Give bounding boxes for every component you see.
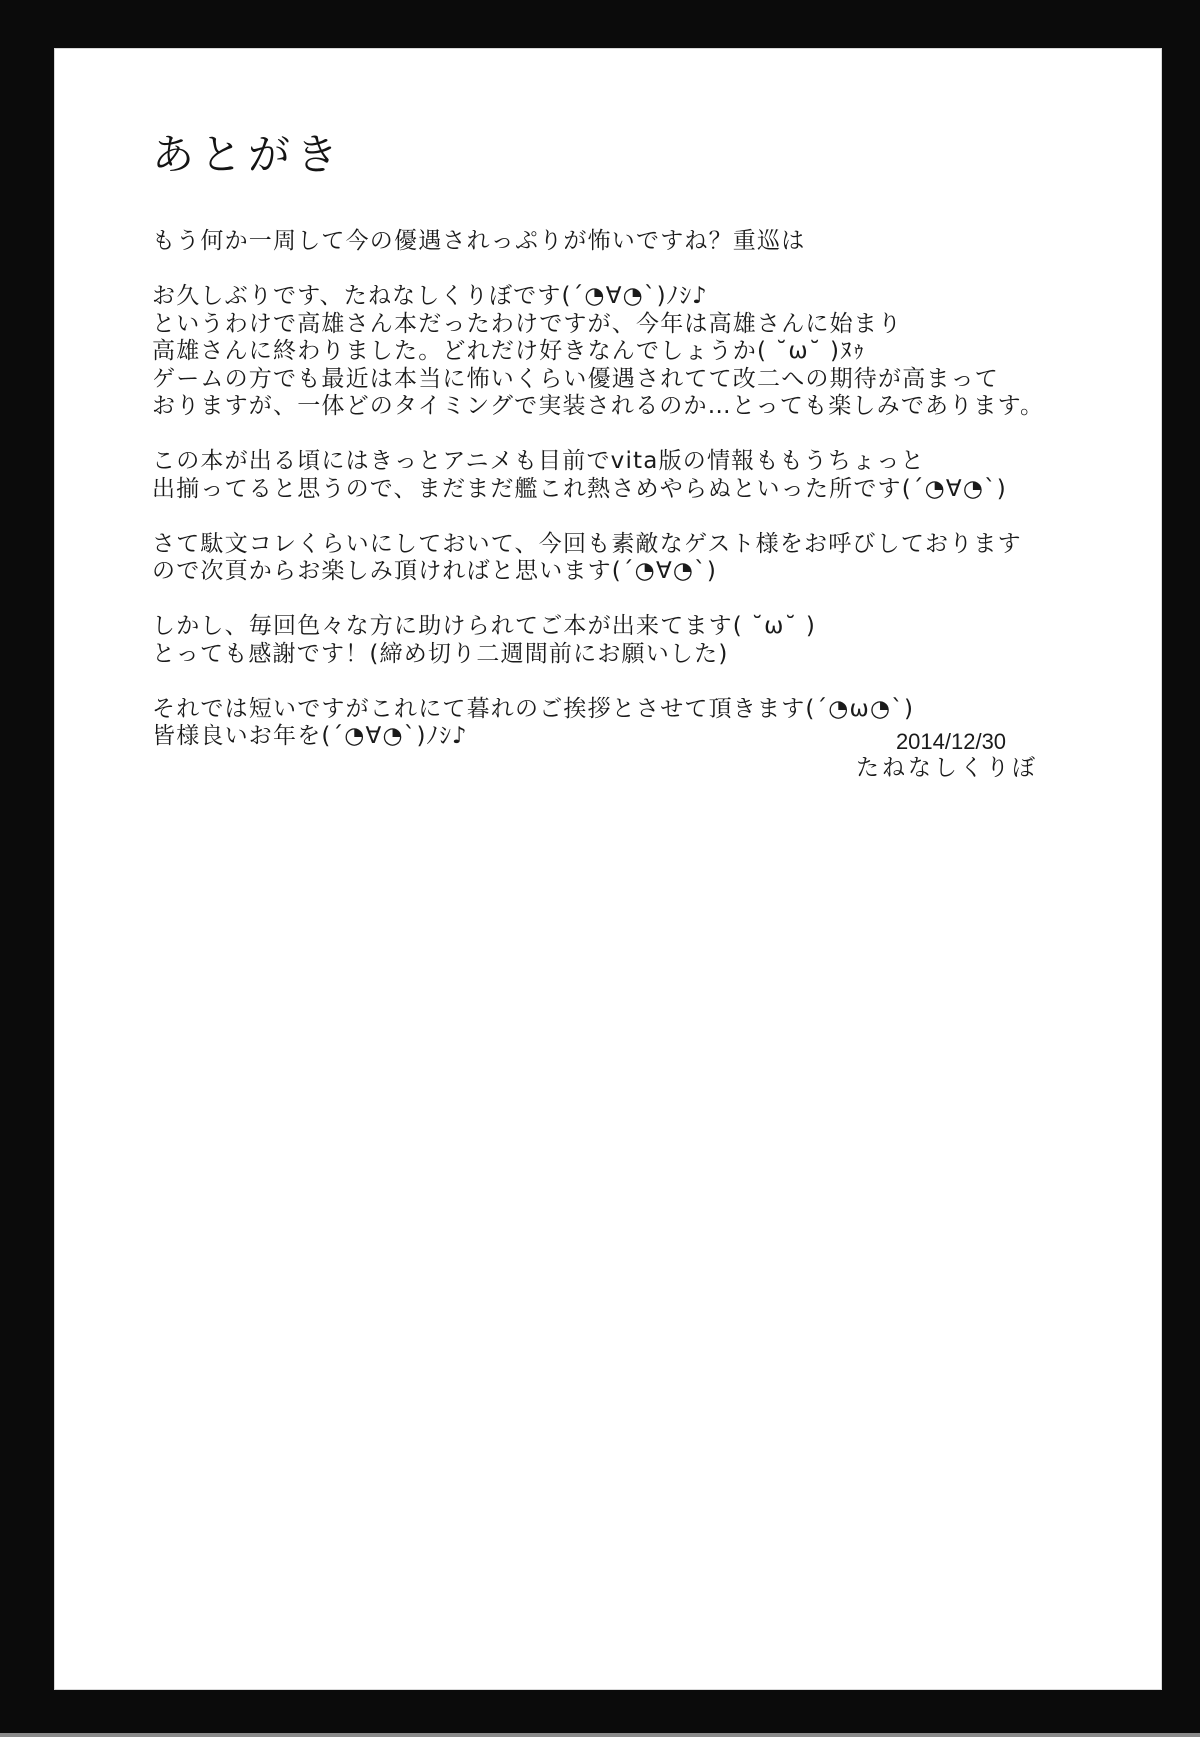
paragraph-4: さて駄文コレくらいにしておいて、今回も素敵なゲスト様をお呼びしております ので次… (152, 531, 1132, 586)
text-line: もう何か一周して今の優遇されっぷりが怖いですね？重巡は (152, 228, 1132, 256)
paragraph-1: もう何か一周して今の優遇されっぷりが怖いですね？重巡は (152, 228, 1132, 256)
scan-edge-strip (0, 1733, 1200, 1737)
signature-author: たねなしくりぼ (856, 755, 1038, 782)
text-line: ゲームの方でも最近は本当に怖いくらい優遇されてて改二への期待が高まって (152, 366, 1132, 394)
text-line: お久しぶりです、たねなしくりぼです(´◔∀◔`)ﾉｼ♪ (152, 283, 1132, 311)
text-line: しかし、毎回色々な方に助けられてご本が出来てます( ˘ω˘ ) (152, 613, 1132, 641)
text-line: ので次頁からお楽しみ頂ければと思います(´◔∀◔`) (152, 558, 1132, 586)
scanned-page: あとがき もう何か一周して今の優遇されっぷりが怖いですね？重巡は お久しぶりです… (54, 48, 1162, 1690)
paragraph-3: この本が出る頃にはきっとアニメも目前でvita版の情報ももうちょっと 出揃ってる… (152, 448, 1132, 503)
text-line: さて駄文コレくらいにしておいて、今回も素敵なゲスト様をお呼びしております (152, 531, 1132, 559)
text-line: というわけで高雄さん本だったわけですが、今年は高雄さんに始まり (152, 311, 1132, 339)
text-line: この本が出る頃にはきっとアニメも目前でvita版の情報ももうちょっと (152, 448, 1132, 476)
signature-block: 2014/12/30 たねなしくりぼ (856, 728, 1038, 782)
signature-date: 2014/12/30 (856, 728, 1038, 755)
text-line: とっても感謝です！(締め切り二週間前にお願いした) (152, 641, 1132, 669)
page-title: あとがき (152, 134, 344, 176)
paragraph-5: しかし、毎回色々な方に助けられてご本が出来てます( ˘ω˘ ) とっても感謝です… (152, 613, 1132, 668)
text-line: おりますが、一体どのタイミングで実装されるのか…とっても楽しみであります。 (152, 393, 1132, 421)
text-line: 高雄さんに終わりました。どれだけ好きなんでしょうか( ˘ω˘ )ﾇｩ (152, 338, 1132, 366)
text-line: それでは短いですがこれにて暮れのご挨拶とさせて頂きます(´◔ω◔`) (152, 696, 1132, 724)
afterword-body: もう何か一周して今の優遇されっぷりが怖いですね？重巡は お久しぶりです、たねなし… (152, 228, 1132, 778)
paragraph-2: お久しぶりです、たねなしくりぼです(´◔∀◔`)ﾉｼ♪ というわけで高雄さん本だ… (152, 283, 1132, 421)
text-line: 出揃ってると思うので、まだまだ艦これ熱さめやらぬといった所です(´◔∀◔`) (152, 476, 1132, 504)
